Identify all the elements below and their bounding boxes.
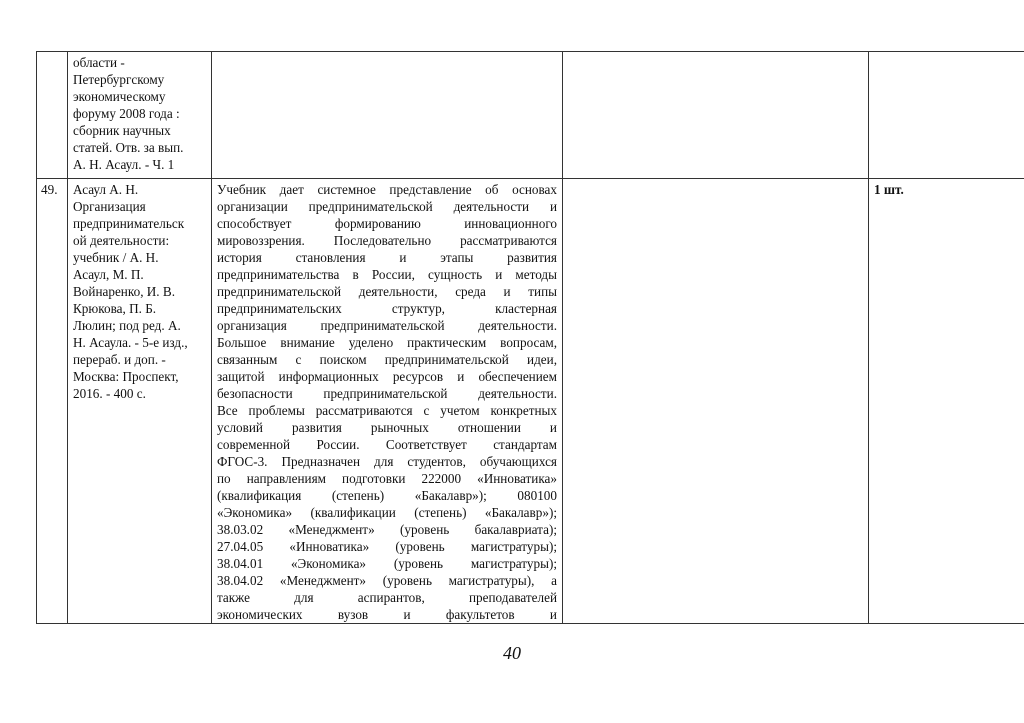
- annotation-line: способствует формированию инновационного: [217, 215, 557, 232]
- table-row: области -Петербургскомуэкономическомуфор…: [37, 52, 1024, 179]
- title-line: ой деятельности:: [73, 232, 206, 249]
- annotation-line: предпринимательских структур, кластерная: [217, 300, 557, 317]
- title-line: учебник / А. Н.: [73, 249, 206, 266]
- empty-cell: [563, 179, 869, 624]
- quantity: [869, 52, 1024, 179]
- annotation-line: связанным с поиском предпринимательской …: [217, 351, 557, 368]
- title-line: области -: [73, 54, 206, 71]
- annotation-line: Все проблемы рассматриваются с учетом ко…: [217, 402, 557, 419]
- annotation-line: 38.04.02 «Менеджмент» (уровень магистрат…: [217, 572, 557, 589]
- annotation-line: также для аспирантов, преподавателей: [217, 589, 557, 606]
- table-row: 49. Асаул А. Н.Организацияпредпринимател…: [37, 179, 1024, 624]
- annotation-line: предпринимательской деятельности, среда …: [217, 283, 557, 300]
- annotation-line: история становления и этапы развития: [217, 249, 557, 266]
- title-line: Петербургскому: [73, 71, 206, 88]
- title-line: Н. Асаула. - 5-е изд.,: [73, 334, 206, 351]
- empty-cell: [563, 52, 869, 179]
- annotation-line: защитой информационных ресурсов и обеспе…: [217, 368, 557, 385]
- annotation-line: 38.04.01 «Экономика» (уровень магистрату…: [217, 555, 557, 572]
- document-page: области -Петербургскомуэкономическомуфор…: [0, 0, 1024, 723]
- annotation-line: организации предпринимательской деятельн…: [217, 198, 557, 215]
- row-number: [37, 52, 68, 179]
- annotation-line: Большое внимание уделено практическим во…: [217, 334, 557, 351]
- quantity: 1 шт.: [869, 179, 1024, 624]
- title-line: предпринимательск: [73, 215, 206, 232]
- annotation-line: экономических вузов и факультетов и: [217, 606, 557, 623]
- annotation-line: по направлениям подготовки 222000 «Иннов…: [217, 470, 557, 487]
- title-line: Асаул А. Н.: [73, 181, 206, 198]
- title-line: статей. Отв. за вып.: [73, 139, 206, 156]
- title-line: форуму 2008 года :: [73, 105, 206, 122]
- title-line: Асаул, М. П.: [73, 266, 206, 283]
- annotation-line: ФГОС-3. Предназначен для студентов, обуч…: [217, 453, 557, 470]
- title-line: перераб. и доп. -: [73, 351, 206, 368]
- page-number: 40: [0, 643, 1024, 664]
- annotation-line: условий развития рыночных отношении и: [217, 419, 557, 436]
- book-title: Асаул А. Н.Организацияпредпринимательско…: [68, 179, 212, 624]
- annotation-line: организация предпринимательской деятельн…: [217, 317, 557, 334]
- annotation-line: «Экономика» (квалификации (степень) «Бак…: [217, 504, 557, 521]
- book-annotation: [212, 52, 563, 179]
- title-line: экономическому: [73, 88, 206, 105]
- title-line: А. Н. Асаул. - Ч. 1: [73, 156, 206, 173]
- literature-table: области -Петербургскомуэкономическомуфор…: [36, 51, 1024, 624]
- annotation-line: 27.04.05 «Инноватика» (уровень магистрат…: [217, 538, 557, 555]
- annotation-line: предпринимательства в России, сущность и…: [217, 266, 557, 283]
- title-line: Организация: [73, 198, 206, 215]
- row-number: 49.: [37, 179, 68, 624]
- title-line: Войнаренко, И. В.: [73, 283, 206, 300]
- title-line: Крюкова, П. Б.: [73, 300, 206, 317]
- title-line: Москва: Проспект,: [73, 368, 206, 385]
- title-line: Люлин; под ред. А.: [73, 317, 206, 334]
- annotation-line: безопасности предпринимательской деятель…: [217, 385, 557, 402]
- book-title: области -Петербургскомуэкономическомуфор…: [68, 52, 212, 179]
- annotation-line: мировоззрения. Последовательно рассматри…: [217, 232, 557, 249]
- title-line: 2016. - 400 с.: [73, 385, 206, 402]
- book-annotation: Учебник дает системное представление об …: [212, 179, 563, 624]
- title-line: сборник научных: [73, 122, 206, 139]
- annotation-line: 38.03.02 «Менеджмент» (уровень бакалаври…: [217, 521, 557, 538]
- annotation-line: (квалификация (степень) «Бакалавр»); 080…: [217, 487, 557, 504]
- annotation-line: Учебник дает системное представление об …: [217, 181, 557, 198]
- annotation-line: современной России. Соответствует станда…: [217, 436, 557, 453]
